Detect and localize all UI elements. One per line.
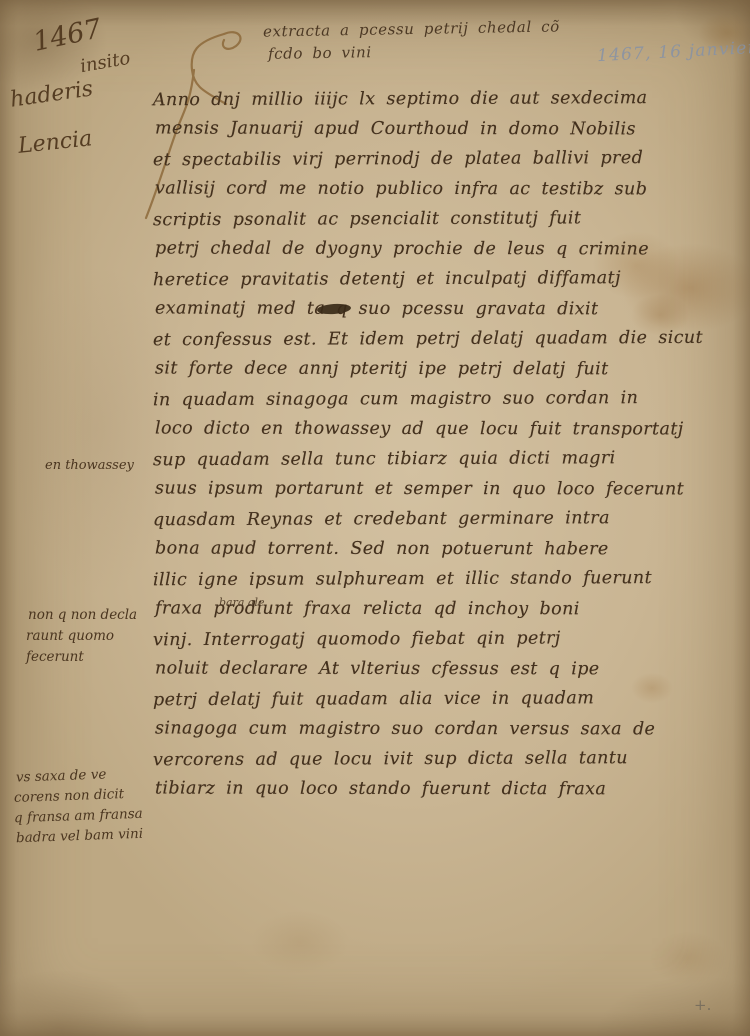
margin-year: 1467 — [31, 13, 105, 58]
manuscript-line: illic igne ipsum sulphuream et illic sta… — [153, 563, 719, 595]
margin-note-decla-line-1: non q non decla — [28, 607, 137, 623]
manuscript-line: quasdam Reynas et credebant germinare in… — [153, 503, 719, 535]
margin-note-place: en thowassey — [45, 458, 134, 473]
manuscript-line: vallisij cord me notio publico infra ac … — [155, 174, 721, 205]
heading-line-1: extracta a pcessu petrij chedal cõ — [263, 17, 560, 40]
manuscript-line: sit forte dece annj pteritj ipe petrj de… — [155, 354, 721, 385]
manuscript-line: Anno dnj millio iiijc lx septimo die aut… — [153, 83, 719, 115]
manuscript-line: vercorens ad que locu ivit sup dicta sel… — [153, 743, 719, 775]
margin-note-decla-line-3: fecerunt — [26, 649, 84, 665]
foliation-cross-mark: +. — [694, 996, 711, 1014]
margin-year-word-2: haderis — [9, 76, 95, 112]
margin-note-saxa-line-3: q fransa am fransa — [14, 806, 143, 826]
manuscript-line: examinatj med ta q suo pcessu gravata di… — [155, 294, 721, 325]
manuscript-page: extracta a pcessu petrij chedal cõ fcdo … — [0, 0, 750, 1036]
margin-note-saxa-line-2: corens non dicit — [14, 786, 125, 806]
manuscript-line: suus ipsum portarunt et semper in quo lo… — [155, 474, 721, 505]
interlinear-addition: bara ale — [219, 596, 265, 609]
manuscript-line: sup quadam sella tunc tibiarz quia dicti… — [153, 443, 719, 475]
main-text-block: Anno dnj millio iiijc lx septimo die aut… — [153, 84, 719, 804]
manuscript-line: tibiarz in quo loco stando fuerunt dicta… — [155, 774, 721, 805]
margin-note-saxa-line-4: badra vel bam vini — [16, 826, 144, 846]
margin-note-decla-line-2: raunt quomo — [26, 628, 114, 644]
manuscript-line: vinj. Interrogatj quomodo fiebat qin pet… — [153, 623, 719, 655]
manuscript-line: loco dicto en thowassey ad que locu fuit… — [155, 414, 721, 445]
pencil-date-note: 1467, 16 janvier — [597, 38, 750, 66]
manuscript-line: et spectabilis virj perrinodj de platea … — [153, 143, 719, 175]
margin-year-word-1: insito — [79, 48, 132, 77]
margin-year-word-3: Lencia — [17, 126, 93, 159]
manuscript-line: noluit declarare At vlterius cfessus est… — [155, 654, 721, 685]
manuscript-line: scriptis psonalit ac psencialit constitu… — [153, 203, 719, 235]
margin-note-saxa-line-1: vs saxa de ve — [16, 766, 107, 785]
manuscript-line: bona apud torrent. Sed non potuerunt hab… — [155, 534, 721, 565]
manuscript-line: mensis Januarij apud Courthoud in domo N… — [155, 114, 721, 145]
manuscript-line: et confessus est. Et idem petrj delatj q… — [153, 323, 719, 355]
manuscript-line: heretice pravitatis detentj et inculpatj… — [153, 263, 719, 295]
manuscript-line: sinagoga cum magistro suo cordan versus … — [155, 714, 721, 745]
manuscript-line: petrj delatj fuit quadam alia vice in qu… — [153, 683, 719, 715]
manuscript-line: in quadam sinagoga cum magistro suo cord… — [153, 383, 719, 415]
manuscript-line: petrj chedal de dyogny prochie de leus q… — [155, 234, 721, 265]
heading-line-2: fcdo bo vini — [268, 43, 372, 63]
